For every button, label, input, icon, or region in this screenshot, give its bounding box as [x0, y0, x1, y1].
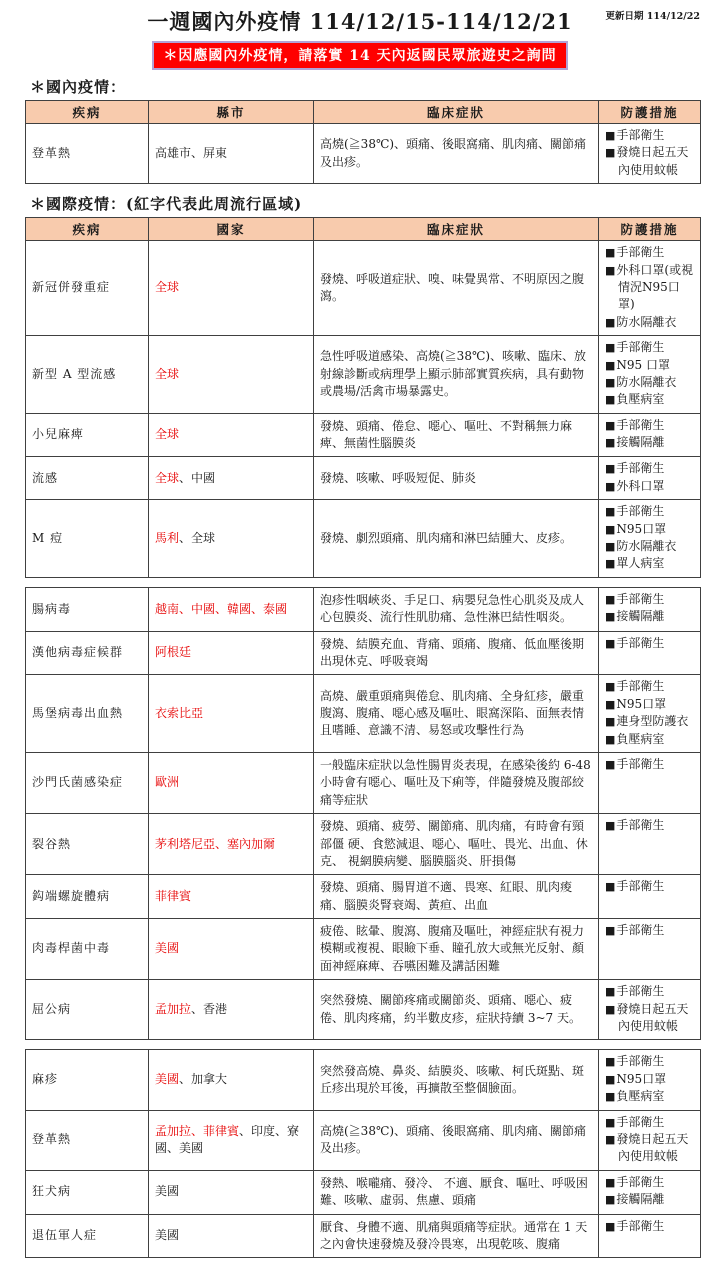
protection-list: ■手部衛生	[599, 919, 701, 980]
column-header: 疾病	[26, 218, 149, 241]
region-list: 美國	[149, 919, 314, 980]
protection-item: ■手部衛生	[605, 678, 694, 695]
black-square-bullet-icon: ■	[605, 419, 615, 432]
table-row: 漢他病毒症候群阿根廷發燒、結膜充血、背痛、頭痛、腹痛、低血壓後期出現休克、呼吸衰…	[26, 631, 701, 675]
region-text: 美國	[155, 1184, 179, 1198]
clinical-symptoms-text: 高燒(≧38℃)、頭痛、後眼窩痛、肌肉痛、關節痛及出疹。	[314, 124, 599, 184]
protection-item-label: 防水隔離衣	[616, 375, 676, 389]
table-row: 狂犬病美國發熱、喉嚨痛、發冷、 不適、厭食、嘔吐、呼吸困難、咳嗽、虛弱、焦慮、頭…	[26, 1170, 701, 1214]
region-text: 美國	[155, 1228, 179, 1242]
protection-item-label: 手部衛生	[616, 923, 664, 937]
protection-item-label: 手部衛生	[616, 504, 664, 518]
region-list: 美國	[149, 1214, 314, 1258]
region-list: 全球、中國	[149, 457, 314, 500]
clinical-symptoms-text: 發燒、劇烈頭痛、肌肉痛和淋巴結腫大、皮疹。	[314, 500, 599, 578]
update-date: 更新日期 114/12/22	[605, 8, 700, 22]
black-square-bullet-icon: ■	[605, 924, 615, 937]
protection-item-label: N95口罩	[616, 522, 666, 536]
epidemic-region-red: 美國	[155, 941, 179, 955]
black-square-bullet-icon: ■	[605, 146, 615, 159]
protection-item: ■手部衛生	[605, 983, 694, 1000]
protection-list: ■手部衛生■發燒日起五天內使用蚊帳	[599, 124, 701, 184]
protection-item-label: 接觸隔離	[616, 609, 664, 623]
protection-item-label: 手部衛生	[616, 984, 664, 998]
disease-name: 裂谷熱	[26, 814, 149, 875]
protection-item: ■手部衛生	[605, 591, 694, 608]
header-row: 疾病縣市臨床症狀防護措施	[26, 101, 701, 124]
protection-item-label: 發燒日起五天內使用蚊帳	[616, 1002, 688, 1033]
table-row: 登革熱孟加拉、菲律賓、印度、寮國、美國高燒(≧38℃)、頭痛、後眼窩痛、肌肉痛、…	[26, 1110, 701, 1170]
protection-item: ■N95口罩	[605, 1071, 694, 1088]
black-square-bullet-icon: ■	[605, 1220, 615, 1233]
protection-item: ■負壓病室	[605, 731, 694, 748]
region-list: 菲律賓	[149, 875, 314, 919]
black-square-bullet-icon: ■	[605, 715, 615, 728]
epidemic-region-red: 越南、中國、韓國、泰國	[155, 602, 287, 616]
clinical-symptoms-text: 高燒、嚴重頭痛與倦怠、肌肉痛、全身紅疹，嚴重腹瀉、腹痛、噁心感及嘔吐、眼窩深陷、…	[314, 675, 599, 753]
protection-list: ■手部衛生■接觸隔離	[599, 1170, 701, 1214]
protection-item-label: N95 口罩	[616, 358, 670, 372]
black-square-bullet-icon: ■	[605, 341, 615, 354]
protection-list: ■手部衛生■N95口罩■負壓病室	[599, 1050, 701, 1110]
protection-list: ■手部衛生■N95口罩■連身型防護衣■負壓病室	[599, 675, 701, 753]
disease-name: 流感	[26, 457, 149, 500]
protection-list: ■手部衛生■N95口罩■防水隔離衣■單人病室	[599, 500, 701, 578]
protection-item-label: 外科口罩(或視情況N95口罩)	[616, 263, 693, 312]
international-epidemic-table-block-1: 疾病國家臨床症狀防護措施新冠併發重症全球發燒、呼吸道症狀、嗅、味覺異常、不明原因…	[25, 217, 701, 578]
black-square-bullet-icon: ■	[605, 1055, 615, 1068]
protection-item: ■連身型防護衣	[605, 713, 694, 730]
protection-item: ■手部衛生	[605, 417, 694, 434]
protection-item: ■外科口罩	[605, 478, 694, 495]
clinical-symptoms-text: 發熱、喉嚨痛、發冷、 不適、厭食、嘔吐、呼吸困難、咳嗽、虛弱、焦慮、頭痛	[314, 1170, 599, 1214]
protection-item-label: 手部衛生	[616, 757, 664, 771]
table-row: 新型 A 型流感全球急性呼吸道感染、高燒(≧38℃)、咳嗽、臨床、放射線診斷或病…	[26, 336, 701, 414]
column-header: 臨床症狀	[314, 101, 599, 124]
protection-item: ■手部衛生	[605, 817, 694, 834]
international-epidemic-tables-container: 疾病國家臨床症狀防護措施新冠併發重症全球發燒、呼吸道症狀、嗅、味覺異常、不明原因…	[0, 217, 720, 1258]
black-square-bullet-icon: ■	[605, 1116, 615, 1129]
black-square-bullet-icon: ■	[605, 733, 615, 746]
black-square-bullet-icon: ■	[605, 1193, 615, 1206]
protection-item-label: 手部衛生	[616, 1175, 664, 1189]
disease-name: 沙門氏菌感染症	[26, 752, 149, 813]
epidemic-region-red: 全球	[155, 471, 179, 485]
table-row: 裂谷熱茅利塔尼亞、塞內加爾發燒、頭痛、疲勞、關節痛、肌肉痛，有時會有頸部僵 硬、…	[26, 814, 701, 875]
black-square-bullet-icon: ■	[605, 698, 615, 711]
protection-item: ■手部衛生	[605, 127, 694, 144]
region-text: 、加拿大	[179, 1072, 227, 1086]
protection-item: ■接觸隔離	[605, 434, 694, 451]
disease-name: 登革熱	[26, 1110, 149, 1170]
protection-item: ■防水隔離衣	[605, 374, 694, 391]
black-square-bullet-icon: ■	[605, 264, 615, 277]
epidemic-region-red: 孟加拉	[155, 1002, 191, 1016]
epidemic-region-red: 馬利	[155, 531, 179, 545]
protection-item-label: 手部衛生	[616, 636, 664, 650]
clinical-symptoms-text: 急性呼吸道感染、高燒(≧38℃)、咳嗽、臨床、放射線診斷或病理學上顯示肺部實質疾…	[314, 336, 599, 414]
disease-name: 鈎端螺旋體病	[26, 875, 149, 919]
epidemic-region-red: 孟加拉、菲律賓	[155, 1124, 239, 1138]
domestic-epidemic-table-container: 疾病縣市臨床症狀防護措施登革熱高雄市、屏東高燒(≧38℃)、頭痛、後眼窩痛、肌肉…	[0, 100, 720, 184]
table-row: 退伍軍人症美國厭食、身體不適、肌痛與頭痛等症狀。通常在 1 天之內會快速發燒及發…	[26, 1214, 701, 1258]
disease-name: M 痘	[26, 500, 149, 578]
clinical-symptoms-text: 厭食、身體不適、肌痛與頭痛等症狀。通常在 1 天之內會快速發燒及發冷畏寒，出現乾…	[314, 1214, 599, 1258]
protection-item: ■手部衛生	[605, 878, 694, 895]
region-list: 全球	[149, 413, 314, 457]
international-section-heading: ＊國際疫情：(紅字代表此周流行區域)	[30, 193, 720, 214]
protection-item-label: 手部衛生	[616, 1054, 664, 1068]
protection-item: ■外科口罩(或視情況N95口罩)	[605, 262, 694, 314]
black-square-bullet-icon: ■	[605, 359, 615, 372]
protection-item-label: 發燒日起五天內使用蚊帳	[616, 145, 688, 176]
column-header: 國家	[149, 218, 314, 241]
black-square-bullet-icon: ■	[605, 462, 615, 475]
disease-name: 肉毒桿菌中毒	[26, 919, 149, 980]
protection-item: ■手部衛生	[605, 922, 694, 939]
disease-name: 屈公病	[26, 980, 149, 1040]
disease-name: 麻疹	[26, 1050, 149, 1110]
black-square-bullet-icon: ■	[605, 880, 615, 893]
table-row: 鈎端螺旋體病菲律賓發燒、頭痛、腸胃道不適、畏寒、紅眼、肌肉痠痛、腦膜炎腎衰竭、黃…	[26, 875, 701, 919]
black-square-bullet-icon: ■	[605, 758, 615, 771]
region-list: 茅利塔尼亞、塞內加爾	[149, 814, 314, 875]
table-row: 登革熱高雄市、屏東高燒(≧38℃)、頭痛、後眼窩痛、肌肉痛、關節痛及出疹。■手部…	[26, 124, 701, 184]
protection-item: ■N95口罩	[605, 696, 694, 713]
black-square-bullet-icon: ■	[605, 436, 615, 449]
protection-list: ■手部衛生■發燒日起五天內使用蚊帳	[599, 1110, 701, 1170]
international-epidemic-table-block-2: 腸病毒越南、中國、韓國、泰國泡疹性咽峽炎、手足口、病嬰兒急性心肌炎及成人心包膜炎…	[25, 587, 701, 1041]
region-list: 越南、中國、韓國、泰國	[149, 587, 314, 631]
protection-item: ■負壓病室	[605, 391, 694, 408]
domestic-epidemic-table: 疾病縣市臨床症狀防護措施登革熱高雄市、屏東高燒(≧38℃)、頭痛、後眼窩痛、肌肉…	[25, 100, 701, 184]
table-row: 流感全球、中國發燒、咳嗽、呼吸短促、肺炎■手部衛生■外科口罩	[26, 457, 701, 500]
protection-item-label: 接觸隔離	[616, 435, 664, 449]
black-square-bullet-icon: ■	[605, 316, 615, 329]
protection-item-label: 手部衛生	[616, 818, 664, 832]
region-list: 高雄市、屏東	[149, 124, 314, 184]
black-square-bullet-icon: ■	[605, 680, 615, 693]
table-row: 小兒麻痺全球發燒、頭痛、倦怠、噁心、嘔吐、不對稱無力麻痺、無菌性腦膜炎■手部衛生…	[26, 413, 701, 457]
protection-item: ■發燒日起五天內使用蚊帳	[605, 1001, 694, 1036]
black-square-bullet-icon: ■	[605, 1073, 615, 1086]
disease-name: 狂犬病	[26, 1170, 149, 1214]
black-square-bullet-icon: ■	[605, 505, 615, 518]
region-list: 孟加拉、香港	[149, 980, 314, 1040]
clinical-symptoms-text: 高燒(≧38℃)、頭痛、後眼窩痛、肌肉痛、關節痛及出疹。	[314, 1110, 599, 1170]
black-square-bullet-icon: ■	[605, 540, 615, 553]
clinical-symptoms-text: 疲倦、眩暈、腹瀉、腹痛及嘔吐，神經症狀有視力模糊或複視、眼瞼下垂、瞳孔放大或無光…	[314, 919, 599, 980]
protection-item-label: 手部衛生	[616, 128, 664, 142]
clinical-symptoms-text: 發燒、呼吸道症狀、嗅、味覺異常、不明原因之腹瀉。	[314, 241, 599, 336]
black-square-bullet-icon: ■	[605, 593, 615, 606]
protection-item: ■手部衛生	[605, 1218, 694, 1235]
protection-item: ■發燒日起五天內使用蚊帳	[605, 144, 694, 179]
epidemic-region-red: 衣索比亞	[155, 706, 203, 720]
protection-item-label: 負壓病室	[616, 1089, 664, 1103]
report-header: 一週國內外疫情 114/12/15-114/12/21 更新日期 114/12/…	[0, 0, 720, 36]
weekly-epidemic-report: 一週國內外疫情 114/12/15-114/12/21 更新日期 114/12/…	[0, 0, 720, 1258]
protection-item: ■手部衛生	[605, 1114, 694, 1131]
region-text: 、全球	[179, 531, 215, 545]
disease-name: 登革熱	[26, 124, 149, 184]
protection-item: ■手部衛生	[605, 1174, 694, 1191]
clinical-symptoms-text: 發燒、頭痛、腸胃道不適、畏寒、紅眼、肌肉痠痛、腦膜炎腎衰竭、黃疸、出血	[314, 875, 599, 919]
black-square-bullet-icon: ■	[605, 1003, 615, 1016]
epidemic-region-red: 全球	[155, 280, 179, 294]
protection-item-label: 手部衛生	[616, 340, 664, 354]
protection-item: ■手部衛生	[605, 339, 694, 356]
protection-list: ■手部衛生■外科口罩(或視情況N95口罩)■防水隔離衣	[599, 241, 701, 336]
black-square-bullet-icon: ■	[605, 985, 615, 998]
column-header: 縣市	[149, 101, 314, 124]
epidemic-region-red: 阿根廷	[155, 645, 191, 659]
region-text: 高雄市、屏東	[155, 146, 227, 160]
column-header: 疾病	[26, 101, 149, 124]
protection-item-label: 手部衛生	[616, 1219, 664, 1233]
black-square-bullet-icon: ■	[605, 637, 615, 650]
clinical-symptoms-text: 發燒、頭痛、倦怠、噁心、嘔吐、不對稱無力麻痺、無菌性腦膜炎	[314, 413, 599, 457]
protection-list: ■手部衛生■外科口罩	[599, 457, 701, 500]
region-text: 、中國	[179, 471, 215, 485]
protection-item-label: 發燒日起五天內使用蚊帳	[616, 1132, 688, 1163]
protection-item-label: N95口罩	[616, 697, 666, 711]
region-list: 孟加拉、菲律賓、印度、寮國、美國	[149, 1110, 314, 1170]
protection-item: ■手部衛生	[605, 244, 694, 261]
column-header: 防護措施	[599, 101, 701, 124]
notice-row: ＊因應國內外疫情，請落實 14 天內返國民眾旅遊史之詢問	[0, 41, 720, 70]
region-list: 馬利、全球	[149, 500, 314, 578]
protection-list: ■手部衛生■接觸隔離	[599, 587, 701, 631]
region-list: 衣索比亞	[149, 675, 314, 753]
protection-item-label: N95口罩	[616, 1072, 666, 1086]
black-square-bullet-icon: ■	[605, 393, 615, 406]
region-list: 全球	[149, 241, 314, 336]
region-list: 美國	[149, 1170, 314, 1214]
clinical-symptoms-text: 泡疹性咽峽炎、手足口、病嬰兒急性心肌炎及成人心包膜炎、流行性肌肋痛、急性淋巴結性…	[314, 587, 599, 631]
travel-history-notice-banner: ＊因應國內外疫情，請落實 14 天內返國民眾旅遊史之詢問	[152, 41, 567, 70]
protection-item-label: 防水隔離衣	[616, 539, 676, 553]
protection-list: ■手部衛生	[599, 752, 701, 813]
protection-item-label: 防水隔離衣	[616, 315, 676, 329]
protection-list: ■手部衛生	[599, 875, 701, 919]
disease-name: 新型 A 型流感	[26, 336, 149, 414]
disease-name: 小兒麻痺	[26, 413, 149, 457]
protection-item-label: 連身型防護衣	[616, 714, 688, 728]
disease-name: 新冠併發重症	[26, 241, 149, 336]
clinical-symptoms-text: 發燒、結膜充血、背痛、頭痛、腹痛、低血壓後期出現休克、呼吸衰竭	[314, 631, 599, 675]
black-square-bullet-icon: ■	[605, 480, 615, 493]
protection-item: ■發燒日起五天內使用蚊帳	[605, 1131, 694, 1166]
protection-item-label: 手部衛生	[616, 461, 664, 475]
clinical-symptoms-text: 突然發燒、關節疼痛或關節炎、頭痛、噁心、疲倦、肌肉疼痛，約半數皮疹，症狀持續 3…	[314, 980, 599, 1040]
black-square-bullet-icon: ■	[605, 246, 615, 259]
protection-list: ■手部衛生■N95 口罩■防水隔離衣■負壓病室	[599, 336, 701, 414]
table-row: 沙門氏菌感染症歐洲一般臨床症狀以急性腸胃炎表現，在感染後約 6-48 小時會有噁…	[26, 752, 701, 813]
black-square-bullet-icon: ■	[605, 129, 615, 142]
region-text: 、香港	[191, 1002, 227, 1016]
region-list: 歐洲	[149, 752, 314, 813]
protection-item: ■接觸隔離	[605, 608, 694, 625]
protection-item-label: 手部衛生	[616, 592, 664, 606]
black-square-bullet-icon: ■	[605, 557, 615, 570]
table-row: 屈公病孟加拉、香港突然發燒、關節疼痛或關節炎、頭痛、噁心、疲倦、肌肉疼痛，約半數…	[26, 980, 701, 1040]
protection-item: ■手部衛生	[605, 460, 694, 477]
epidemic-region-red: 全球	[155, 427, 179, 441]
protection-item: ■單人病室	[605, 555, 694, 572]
protection-item: ■防水隔離衣	[605, 314, 694, 331]
protection-item-label: 負壓病室	[616, 732, 664, 746]
clinical-symptoms-text: 發燒、頭痛、疲勞、關節痛、肌肉痛，有時會有頸部僵 硬、食慾減退、噁心、嘔吐、畏光…	[314, 814, 599, 875]
table-row: 肉毒桿菌中毒美國疲倦、眩暈、腹瀉、腹痛及嘔吐，神經症狀有視力模糊或複視、眼瞼下垂…	[26, 919, 701, 980]
protection-item-label: 外科口罩	[616, 479, 664, 493]
disease-name: 漢他病毒症候群	[26, 631, 149, 675]
clinical-symptoms-text: 突然發高燒、鼻炎、結膜炎、咳嗽、柯氏斑點、斑丘疹出現於耳後，再擴散至整個臉面。	[314, 1050, 599, 1110]
disease-name: 退伍軍人症	[26, 1214, 149, 1258]
protection-item: ■手部衛生	[605, 503, 694, 520]
epidemic-region-red: 歐洲	[155, 775, 179, 789]
protection-item: ■手部衛生	[605, 1053, 694, 1070]
protection-item: ■N95口罩	[605, 521, 694, 538]
protection-item-label: 手部衛生	[616, 245, 664, 259]
table-row: 馬堡病毒出血熱衣索比亞高燒、嚴重頭痛與倦怠、肌肉痛、全身紅疹，嚴重腹瀉、腹痛、噁…	[26, 675, 701, 753]
epidemic-region-red: 美國	[155, 1072, 179, 1086]
protection-item-label: 手部衛生	[616, 879, 664, 893]
protection-item: ■防水隔離衣	[605, 538, 694, 555]
region-list: 美國、加拿大	[149, 1050, 314, 1110]
black-square-bullet-icon: ■	[605, 376, 615, 389]
epidemic-region-red: 茅利塔尼亞、塞內加爾	[155, 837, 275, 851]
header-row: 疾病國家臨床症狀防護措施	[26, 218, 701, 241]
protection-item: ■N95 口罩	[605, 357, 694, 374]
protection-item-label: 接觸隔離	[616, 1192, 664, 1206]
protection-item: ■手部衛生	[605, 756, 694, 773]
protection-item: ■手部衛生	[605, 635, 694, 652]
table-row: 麻疹美國、加拿大突然發高燒、鼻炎、結膜炎、咳嗽、柯氏斑點、斑丘疹出現於耳後，再擴…	[26, 1050, 701, 1110]
black-square-bullet-icon: ■	[605, 1090, 615, 1103]
column-header: 防護措施	[599, 218, 701, 241]
epidemic-region-red: 全球	[155, 367, 179, 381]
clinical-symptoms-text: 發燒、咳嗽、呼吸短促、肺炎	[314, 457, 599, 500]
protection-item-label: 單人病室	[616, 556, 664, 570]
protection-list: ■手部衛生	[599, 814, 701, 875]
international-epidemic-table-block-3: 麻疹美國、加拿大突然發高燒、鼻炎、結膜炎、咳嗽、柯氏斑點、斑丘疹出現於耳後，再擴…	[25, 1049, 701, 1258]
column-header: 臨床症狀	[314, 218, 599, 241]
clinical-symptoms-text: 一般臨床症狀以急性腸胃炎表現，在感染後約 6-48 小時會有噁心、嘔吐及下痢等，…	[314, 752, 599, 813]
black-square-bullet-icon: ■	[605, 1133, 615, 1146]
table-row: 新冠併發重症全球發燒、呼吸道症狀、嗅、味覺異常、不明原因之腹瀉。■手部衛生■外科…	[26, 241, 701, 336]
black-square-bullet-icon: ■	[605, 610, 615, 623]
disease-name: 腸病毒	[26, 587, 149, 631]
protection-item-label: 負壓病室	[616, 392, 664, 406]
black-square-bullet-icon: ■	[605, 523, 615, 536]
protection-list: ■手部衛生	[599, 631, 701, 675]
disease-name: 馬堡病毒出血熱	[26, 675, 149, 753]
black-square-bullet-icon: ■	[605, 819, 615, 832]
protection-list: ■手部衛生■接觸隔離	[599, 413, 701, 457]
region-list: 全球	[149, 336, 314, 414]
table-row: 腸病毒越南、中國、韓國、泰國泡疹性咽峽炎、手足口、病嬰兒急性心肌炎及成人心包膜炎…	[26, 587, 701, 631]
black-square-bullet-icon: ■	[605, 1176, 615, 1189]
protection-list: ■手部衛生	[599, 1214, 701, 1258]
protection-item-label: 手部衛生	[616, 1115, 664, 1129]
protection-item: ■負壓病室	[605, 1088, 694, 1105]
protection-item: ■接觸隔離	[605, 1191, 694, 1208]
region-list: 阿根廷	[149, 631, 314, 675]
protection-item-label: 手部衛生	[616, 418, 664, 432]
domestic-section-heading: ＊國內疫情：	[30, 76, 720, 97]
epidemic-region-red: 菲律賓	[155, 889, 191, 903]
protection-item-label: 手部衛生	[616, 679, 664, 693]
table-row: M 痘馬利、全球發燒、劇烈頭痛、肌肉痛和淋巴結腫大、皮疹。■手部衛生■N95口罩…	[26, 500, 701, 578]
protection-list: ■手部衛生■發燒日起五天內使用蚊帳	[599, 980, 701, 1040]
